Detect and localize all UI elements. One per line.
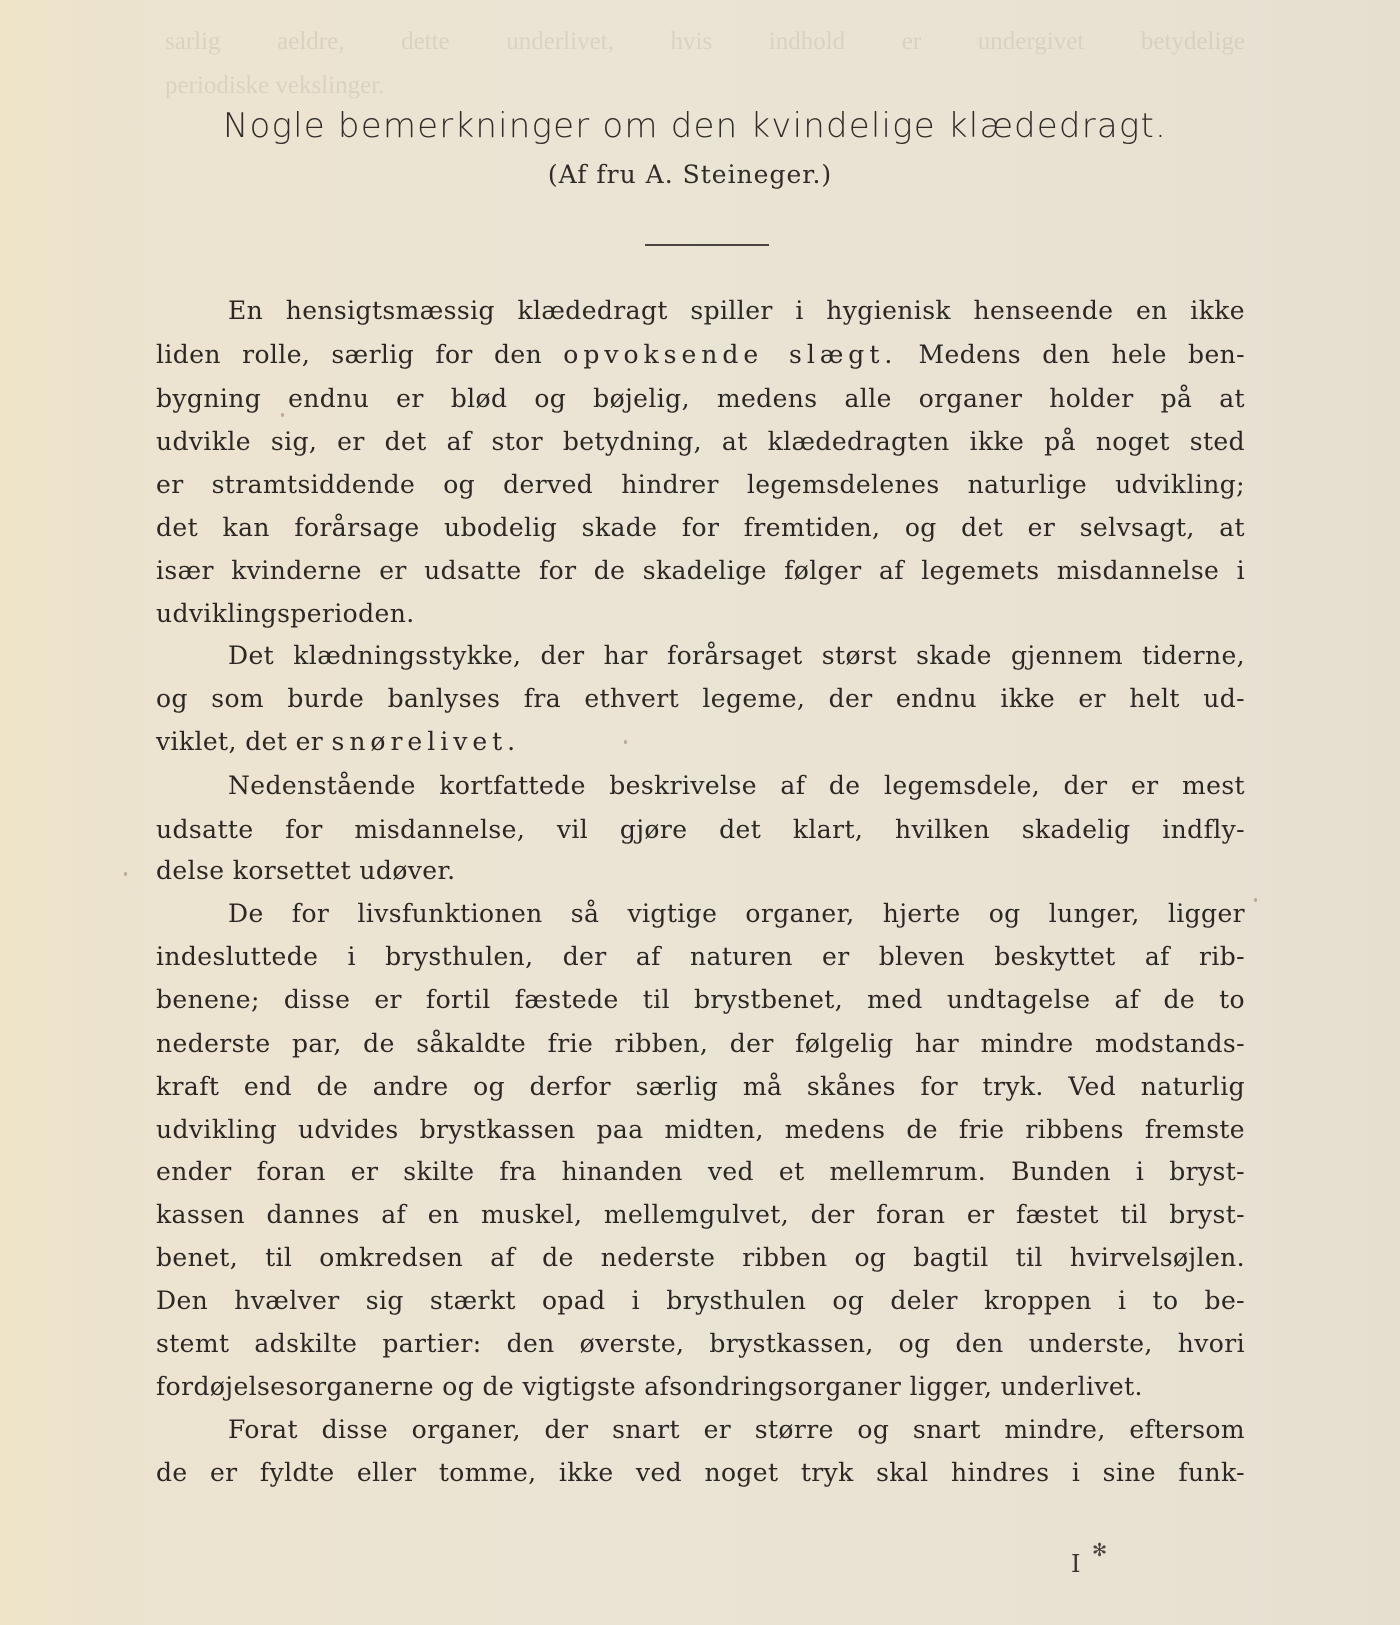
paper-speck [1254,898,1257,902]
bleed-line: periodiske vekslinger. [165,72,1245,100]
text-line: udviklingsperioden. [156,599,1245,629]
emphasized-spaced-text: opvoksende slægt. [563,340,897,369]
text-line: Den hvælver sig stærkt opad i brysthulen… [156,1286,1245,1316]
text-line: de er fyldte eller tomme, ikke ved noget… [156,1458,1245,1488]
title-divider [645,244,769,246]
text-line: viklet, det er snørelivet. [156,727,1245,757]
article-title: Nogle bemerkninger om den kvindelige klæ… [0,106,1395,146]
paper-speck [281,413,284,417]
text-line: Forat disse organer, der snart er større… [228,1415,1245,1445]
text-run: liden rolle, særlig for den [156,340,563,369]
text-line: udvikling udvides brystkassen paa midten… [156,1115,1245,1145]
text-line: og som burde banlyses fra ethvert legeme… [156,684,1245,714]
text-line: kassen dannes af en muskel, mellemgulvet… [156,1200,1245,1230]
bleed-line: sarlig aeldre, dette underlivet, hvis in… [165,28,1245,56]
text-line: udsatte for misdannelse, vil gjøre det k… [156,815,1245,845]
paper-speck [124,872,127,876]
text-line: stemt adskilte partier: den øverste, bry… [156,1329,1245,1359]
text-line: indesluttede i brysthulen, der af nature… [156,942,1245,972]
page-number: I [1071,1550,1080,1578]
text-line: kraft end de andre og derfor særlig må s… [156,1072,1245,1102]
text-line: Nedenstående kortfattede beskrivelse af … [228,771,1245,801]
text-line: det kan forårsage ubodelig skade for fre… [156,513,1245,543]
text-line: nederste par, de såkaldte frie ribben, d… [156,1029,1245,1059]
text-line: benet, til omkredsen af de nederste ribb… [156,1243,1245,1273]
text-line: De for livsfunktionen så vigtige organer… [228,899,1245,929]
text-line: delse korsettet udøver. [156,856,1245,886]
article-byline: (Af fru A. Steineger.) [0,160,1390,189]
text-line: liden rolle, særlig for den opvoksende s… [156,340,1245,370]
text-line: benene; disse er fortil fæstede til brys… [156,985,1245,1015]
text-line: ender foran er skilte fra hinanden ved e… [156,1157,1245,1187]
paper-speck [624,740,627,744]
text-line: udvikle sig, er det af stor betydning, a… [156,427,1245,457]
text-run: viklet, det er [156,727,331,756]
text-line: bygning endnu er blød og bøjelig, medens… [156,384,1245,414]
emphasized-spaced-text: snørelivet. [331,727,520,756]
text-run: Medens den hele ben- [897,340,1245,369]
document-page: sarlig aeldre, dette underlivet, hvis in… [0,0,1400,1625]
text-line: En hensigtsmæssig klædedragt spiller i h… [228,296,1245,326]
text-line: især kvinderne er udsatte for de skadeli… [156,556,1245,586]
text-line: Det klædningsstykke, der har forårsaget … [228,641,1245,671]
signature-mark-icon: ✻ [1092,1540,1107,1561]
text-line: fordøjelsesorganerne og de vigtigste afs… [156,1372,1245,1402]
text-line: er stramtsiddende og derved hindrer lege… [156,470,1245,500]
